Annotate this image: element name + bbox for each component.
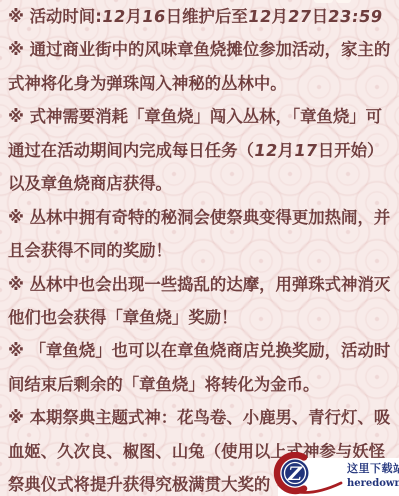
notice-line: ※ 通过商业街中的风味章鱼烧摊位参加活动，家主的 [8, 33, 397, 66]
notice-line: 他们也会获得「章鱼烧」奖励！ [8, 301, 397, 334]
watermark: Z 这里下载站 heredown.com [265, 452, 399, 496]
notice-line: ※ 本期祭典主题式神：花鸟卷、小鹿男、青行灯、吸 [8, 401, 397, 434]
watermark-site-name: 这里下载站 [347, 460, 399, 476]
watermark-text-block: 这里下载站 heredown.com [347, 460, 399, 489]
notice-lines: ※ 活动时间:12月16日维护后至12月27日23:59※ 通过商业街中的风味章… [8, 0, 397, 496]
notice-line: ※ 丛林中也会出现一些捣乱的达摩，用弹珠式神消灭 [8, 268, 397, 301]
watermark-site-url: heredown.com [347, 478, 399, 489]
notice-line: ※ 丛林中拥有奇特的秘洞会使祭典变得更加热闹，并 [8, 201, 397, 234]
watermark-orbit-z-logo-icon: Z [265, 452, 345, 496]
notice-line: 间结束后剩余的「章鱼烧」将转化为金币。 [8, 368, 397, 401]
notice-line: ※ 「章鱼烧」也可以在章鱼烧商店兑换奖励，活动时 [8, 334, 397, 367]
notice-line: ※ 式神需要消耗「章鱼烧」闯入丛林，「章鱼烧」可 [8, 100, 397, 133]
notice-line: 以及章鱼烧商店获得。 [8, 167, 397, 200]
notice-line: 式神将化身为弹珠闯入神秘的丛林中。 [8, 67, 397, 100]
watermark-logo-letter: Z [287, 463, 303, 485]
notice-line: 且会获得不同的奖励！ [8, 234, 397, 267]
notice-line: ※ 活动时间:12月16日维护后至12月27日23:59 [8, 0, 397, 33]
notice-line: 通过在活动期间内完成每日任务（12月17日开始） [8, 134, 397, 167]
event-notice-panel: ※ 活动时间:12月16日维护后至12月27日23:59※ 通过商业街中的风味章… [0, 0, 399, 496]
